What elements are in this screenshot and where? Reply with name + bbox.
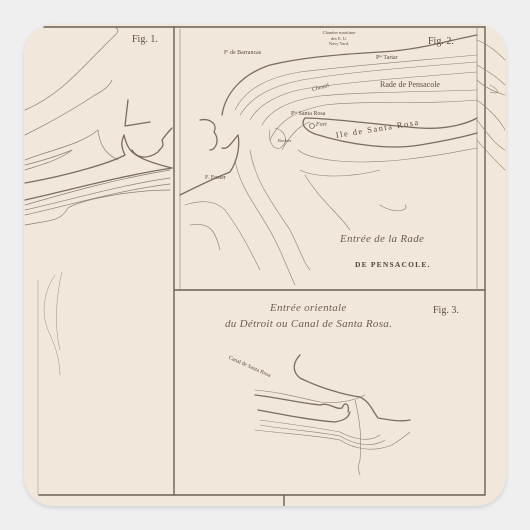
place-fort-foster: F. Foster xyxy=(205,175,226,181)
fig3-contours xyxy=(255,390,410,475)
fig2-title-caps: DE PENSACOLE. xyxy=(355,260,431,269)
fig3-coastline xyxy=(255,355,410,422)
place-fort-barrancas: Fᵗ de Barrancas xyxy=(224,50,261,56)
place-rocks: Roches xyxy=(278,138,291,143)
fig3-label: Fig. 3. xyxy=(433,305,459,316)
place-pointe-tartar: Pᵗᵉ Tartar xyxy=(376,55,398,61)
fig1-lower-contour xyxy=(38,272,62,495)
place-navy-yard: Chantier maritime des E. U. Navy Yard. xyxy=(307,30,371,47)
place-fort: Fort xyxy=(316,122,327,128)
fig2-label: Fig. 2. xyxy=(428,36,454,47)
fig3-title-line1: Entrée orientale xyxy=(270,302,347,314)
right-strip-contours xyxy=(477,40,505,170)
place-pointe-santa-rosa: Pᵗᵉ Santa Rosa xyxy=(291,111,325,117)
fig2-fort-icon xyxy=(310,124,315,129)
place-rade-pensacole: Rade de Pensacole xyxy=(380,80,440,89)
fig2-contours xyxy=(185,55,477,285)
fig2-title-script: Entrée de la Rade xyxy=(340,233,424,245)
nautical-chart xyxy=(0,0,530,530)
fig3-title-line2: du Détroit ou Canal de Santa Rosa. xyxy=(225,318,392,330)
fig1-label: Fig. 1. xyxy=(132,34,158,45)
